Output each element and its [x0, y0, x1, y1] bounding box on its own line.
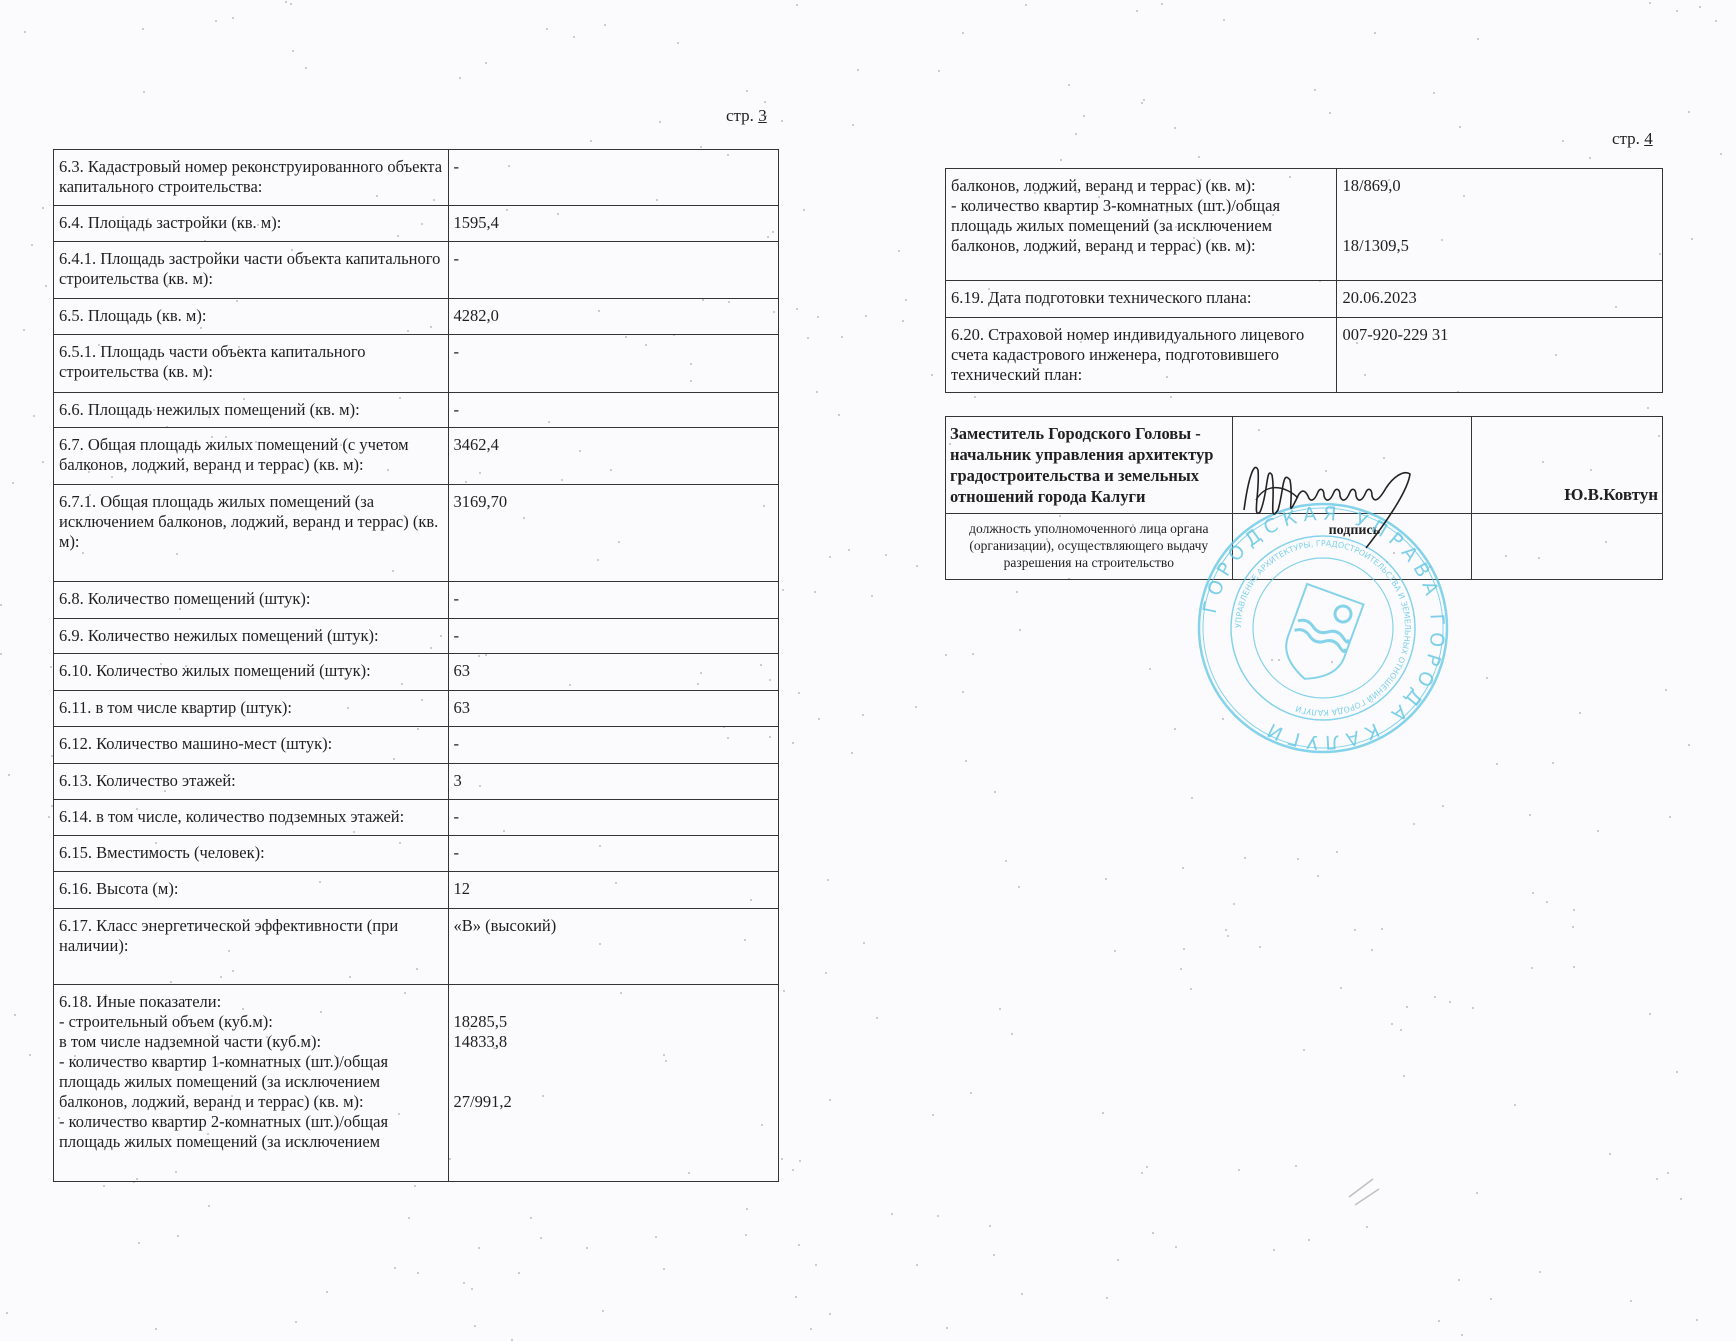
- page-number-value: 4: [1644, 129, 1653, 148]
- row-value: 3: [448, 764, 778, 800]
- row-value: -: [448, 619, 778, 654]
- table-row: 6.7. Общая площадь жилых помещений (с уч…: [54, 428, 779, 485]
- signature-caption: подпись: [1329, 523, 1381, 538]
- row-value: -: [448, 800, 778, 836]
- row-label: 6.18. Иные показатели: - строительный об…: [54, 985, 449, 1182]
- row-label: 6.17. Класс энергетической эффективности…: [54, 909, 449, 985]
- row-label: 6.4.1. Площадь застройки части объекта к…: [54, 242, 449, 299]
- row-value: 3462,4: [448, 428, 778, 485]
- page-label: стр.: [1612, 129, 1640, 148]
- official-name: Ю.В.Ковтун: [1472, 417, 1663, 514]
- table-row: 6.4. Площадь застройки (кв. м): 1595,4: [54, 206, 779, 242]
- row-value: 007-920-229 31: [1337, 318, 1663, 393]
- page-label: стр.: [726, 106, 754, 125]
- row-label: 6.20. Страховой номер индивидуального ли…: [946, 318, 1337, 393]
- row-value: -: [448, 242, 778, 299]
- page-number-value: 3: [758, 106, 767, 125]
- row-label: 6.11. в том числе квартир (штук):: [54, 691, 449, 727]
- row-label: 6.10. Количество жилых помещений (штук):: [54, 654, 449, 691]
- empty-cell: [1472, 514, 1663, 580]
- row-value: 4282,0: [448, 299, 778, 335]
- table-row: 6.15. Вместимость (человек): -: [54, 836, 779, 872]
- table-row: 6.6. Площадь нежилых помещений (кв. м): …: [54, 393, 779, 428]
- row-label: 6.12. Количество машино-мест (штук):: [54, 727, 449, 764]
- row-label: 6.15. Вместимость (человек):: [54, 836, 449, 872]
- table-row: 6.3. Кадастровый номер реконструированно…: [54, 150, 779, 206]
- row-label: 6.6. Площадь нежилых помещений (кв. м):: [54, 393, 449, 428]
- row-value: -: [448, 150, 778, 206]
- table-row: 6.17. Класс энергетической эффективности…: [54, 909, 779, 985]
- table-row: 6.9. Количество нежилых помещений (штук)…: [54, 619, 779, 654]
- table-row: 6.19. Дата подготовки технического плана…: [946, 281, 1663, 318]
- signature-caption-cell: подпись: [1232, 514, 1472, 580]
- table-row: 6.4.1. Площадь застройки части объекта к…: [54, 242, 779, 299]
- page-number-4: стр. 4: [1612, 129, 1653, 149]
- row-label: 6.7. Общая площадь жилых помещений (с уч…: [54, 428, 449, 485]
- row-label: 6.13. Количество этажей:: [54, 764, 449, 800]
- table-row: 6.13. Количество этажей: 3: [54, 764, 779, 800]
- position-caption: должность уполномоченного лица органа (о…: [946, 514, 1233, 580]
- row-label: балконов, лоджий, веранд и террас) (кв. …: [946, 169, 1337, 281]
- table-row: 6.5.1. Площадь части объекта капитальног…: [54, 335, 779, 393]
- row-label: 6.14. в том числе, количество подземных …: [54, 800, 449, 836]
- row-value: «В» (высокий): [448, 909, 778, 985]
- row-value: -: [448, 836, 778, 872]
- table-row-other-indicators: 6.18. Иные показатели: - строительный об…: [54, 985, 779, 1182]
- caption-row: должность уполномоченного лица органа (о…: [946, 514, 1663, 580]
- table-row: 6.11. в том числе квартир (штук): 63: [54, 691, 779, 727]
- row-value: 63: [448, 691, 778, 727]
- row-value: 1595,4: [448, 206, 778, 242]
- row-value: -: [448, 582, 778, 619]
- row-value: 12: [448, 872, 778, 909]
- signature-table: Заместитель Городского Головы - начальни…: [945, 416, 1663, 580]
- table-row: 6.8. Количество помещений (штук): -: [54, 582, 779, 619]
- row-value: 20.06.2023: [1337, 281, 1663, 318]
- official-position: Заместитель Городского Головы - начальни…: [946, 417, 1233, 514]
- table-row: 6.10. Количество жилых помещений (штук):…: [54, 654, 779, 691]
- table-row: 6.20. Страховой номер индивидуального ли…: [946, 318, 1663, 393]
- row-label: 6.19. Дата подготовки технического плана…: [946, 281, 1337, 318]
- signature-row: Заместитель Городского Головы - начальни…: [946, 417, 1663, 514]
- row-value: -: [448, 335, 778, 393]
- object-parameters-table: 6.3. Кадастровый номер реконструированно…: [53, 149, 779, 1182]
- signature-cell: [1232, 417, 1472, 514]
- table-row-continuation: балконов, лоджий, веранд и террас) (кв. …: [946, 169, 1663, 281]
- row-value: 63: [448, 654, 778, 691]
- row-label: 6.9. Количество нежилых помещений (штук)…: [54, 619, 449, 654]
- row-label: 6.5.1. Площадь части объекта капитальног…: [54, 335, 449, 393]
- object-parameters-table-continued: балконов, лоджий, веранд и террас) (кв. …: [945, 168, 1663, 393]
- row-label: 6.3. Кадастровый номер реконструированно…: [54, 150, 449, 206]
- row-value: -: [448, 393, 778, 428]
- pencil-mark-icon: [1345, 1175, 1385, 1215]
- row-value: -: [448, 727, 778, 764]
- row-value: 18285,5 14833,8 27/991,2: [448, 985, 778, 1182]
- table-row: 6.16. Высота (м): 12: [54, 872, 779, 909]
- table-row: 6.7.1. Общая площадь жилых помещений (за…: [54, 485, 779, 582]
- row-label: 6.7.1. Общая площадь жилых помещений (за…: [54, 485, 449, 582]
- row-label: 6.5. Площадь (кв. м):: [54, 299, 449, 335]
- page-number-3: стр. 3: [726, 106, 767, 126]
- row-label: 6.16. Высота (м):: [54, 872, 449, 909]
- table-row: 6.5. Площадь (кв. м): 4282,0: [54, 299, 779, 335]
- row-label: 6.8. Количество помещений (штук):: [54, 582, 449, 619]
- table-row: 6.12. Количество машино-мест (штук): -: [54, 727, 779, 764]
- table-row: 6.14. в том числе, количество подземных …: [54, 800, 779, 836]
- row-label: 6.4. Площадь застройки (кв. м):: [54, 206, 449, 242]
- row-value: 18/869,0 18/1309,5: [1337, 169, 1663, 281]
- row-value: 3169,70: [448, 485, 778, 582]
